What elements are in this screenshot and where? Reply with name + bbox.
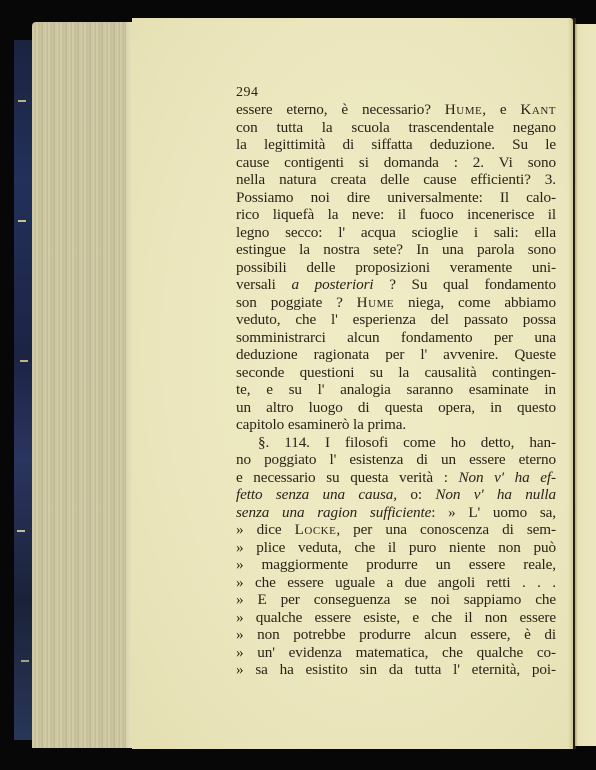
- text-run: son poggiate ?: [236, 294, 357, 311]
- text-line: » dice Locke, per una conoscenza di sem-: [236, 521, 556, 539]
- text-run: rico liquefà la neve: il fuoco inceneris…: [236, 206, 556, 223]
- marbled-cover-edge: [14, 40, 32, 740]
- text-line: possibili delle proposizioni veramente u…: [236, 259, 556, 277]
- italic-phrase: senza una ragion sufficiente: [236, 504, 431, 521]
- text-run: essere eterno, è necessario?: [236, 101, 445, 118]
- text-run: cause contigenti si domanda : 2. Vi sono: [236, 154, 556, 171]
- text-run: » dice: [236, 521, 295, 538]
- text-run: e necessario su questa verità :: [236, 469, 458, 486]
- text-run: somministrarci alcun fondamento per una: [236, 329, 556, 346]
- text-line: » plice veduta, che il puro niente non p…: [236, 539, 556, 557]
- text-line: capitolo esaminerò la prima.: [236, 416, 556, 434]
- text-line: » E per conseguenza se noi sappiamo che: [236, 591, 556, 609]
- text-line: » che essere uguale a due angoli retti .…: [236, 574, 556, 592]
- italic-phrase: Non v' ha ef-: [458, 469, 556, 486]
- text-line: Possiamo noi dire universalmente: Il cal…: [236, 189, 556, 207]
- text-line: estingue la nostra sete? In una parola s…: [236, 241, 556, 259]
- text-line: somministrarci alcun fondamento per una: [236, 329, 556, 347]
- text-run: : » L' uomo sa,: [431, 504, 556, 521]
- text-line: rico liquefà la neve: il fuoco inceneris…: [236, 206, 556, 224]
- text-run: ? Su qual fondamento: [374, 276, 556, 293]
- text-line: legno secco: l' acqua scioglie i sali: e…: [236, 224, 556, 242]
- page-text: essere eterno, è necessario? Hume, e Kan…: [236, 84, 556, 679]
- text-run: la legittimità di siffatta deduzione. Su…: [236, 136, 556, 153]
- page-edges-stack: [32, 22, 132, 748]
- text-run: versali: [236, 276, 291, 293]
- author-name: Locke: [295, 521, 337, 538]
- author-name: Hume: [357, 294, 394, 311]
- text-line: seconde questioni su la causalità contin…: [236, 364, 556, 382]
- text-line: » non potrebbe produrre alcun essere, è …: [236, 626, 556, 644]
- text-run: » E per conseguenza se noi sappiamo che: [236, 591, 556, 608]
- facing-page-edge: [575, 24, 596, 746]
- text-line: no poggiato l' esistenza di un essere et…: [236, 451, 556, 469]
- text-line: deduzione ragionata per l' avvenire. Que…: [236, 346, 556, 364]
- text-run: Possiamo noi dire universalmente: Il cal…: [236, 189, 556, 206]
- text-run: legno secco: l' acqua scioglie i sali: e…: [236, 224, 556, 241]
- text-run: con tutta la scuola trascendentale negan…: [236, 119, 556, 136]
- text-run: » qualche essere esiste, e che il non es…: [236, 609, 556, 626]
- author-name: Hume: [445, 101, 482, 118]
- text-line: un altro luogo di questa opera, in quest…: [236, 399, 556, 417]
- text-run: , per una conoscenza di sem-: [336, 521, 556, 538]
- text-run: » che essere uguale a due angoli retti .…: [236, 574, 556, 591]
- text-line: e necessario su questa verità : Non v' h…: [236, 469, 556, 487]
- text-run: » maggiormente produrre un essere reale,: [236, 556, 556, 573]
- text-line: » sa ha esistito sin da tutta l' eternit…: [236, 661, 556, 679]
- text-run: » sa ha esistito sin da tutta l' eternit…: [236, 661, 556, 678]
- text-line: » un' evidenza matematica, che qualche c…: [236, 644, 556, 662]
- italic-phrase: Non v' ha nulla: [435, 486, 556, 503]
- text-run: » un' evidenza matematica, che qualche c…: [236, 644, 556, 661]
- text-line: con tutta la scuola trascendentale negan…: [236, 119, 556, 137]
- text-line: la legittimità di siffatta deduzione. Su…: [236, 136, 556, 154]
- text-run: nella natura creata delle cause efficien…: [236, 171, 556, 188]
- text-run: estingue la nostra sete? In una parola s…: [236, 241, 556, 258]
- text-line: son poggiate ? Hume niega, come abbiamo: [236, 294, 556, 312]
- text-run: veduto, che l' esperienza del passato po…: [236, 311, 556, 328]
- text-line: cause contigenti si domanda : 2. Vi sono: [236, 154, 556, 172]
- text-line: nella natura creata delle cause efficien…: [236, 171, 556, 189]
- text-run: capitolo esaminerò la prima.: [236, 416, 406, 433]
- text-line: §. 114. I filosofi come ho detto, han-: [236, 434, 556, 452]
- text-line: te, e su l' analogia saranno esaminate i…: [236, 381, 556, 399]
- text-run: » plice veduta, che il puro niente non p…: [236, 539, 556, 556]
- author-name: Kant: [520, 101, 556, 118]
- text-line: versali a posteriori ? Su qual fondament…: [236, 276, 556, 294]
- text-run: , o:: [393, 486, 435, 503]
- text-line: veduto, che l' esperienza del passato po…: [236, 311, 556, 329]
- italic-phrase: fetto senza una causa: [236, 486, 393, 503]
- text-line: essere eterno, è necessario? Hume, e Kan…: [236, 101, 556, 119]
- book-scan: 294 essere eterno, è necessario? Hume, e…: [0, 0, 596, 770]
- text-run: te, e su l' analogia saranno esaminate i…: [236, 381, 556, 398]
- text-run: §. 114. I filosofi come ho detto, han-: [258, 434, 556, 451]
- text-line: senza una ragion sufficiente: » L' uomo …: [236, 504, 556, 522]
- text-run: seconde questioni su la causalità contin…: [236, 364, 556, 381]
- text-run: no poggiato l' esistenza di un essere et…: [236, 451, 556, 468]
- text-run: deduzione ragionata per l' avvenire. Que…: [236, 346, 556, 363]
- italic-phrase: a posteriori: [291, 276, 373, 293]
- text-run: » non potrebbe produrre alcun essere, è …: [236, 626, 556, 643]
- text-run: , e: [482, 101, 520, 118]
- text-run: niega, come abbiamo: [394, 294, 556, 311]
- text-line: » qualche essere esiste, e che il non es…: [236, 609, 556, 627]
- text-line: fetto senza una causa, o: Non v' ha null…: [236, 486, 556, 504]
- text-run: un altro luogo di questa opera, in quest…: [236, 399, 556, 416]
- text-line: » maggiormente produrre un essere reale,: [236, 556, 556, 574]
- text-run: possibili delle proposizioni veramente u…: [236, 259, 556, 276]
